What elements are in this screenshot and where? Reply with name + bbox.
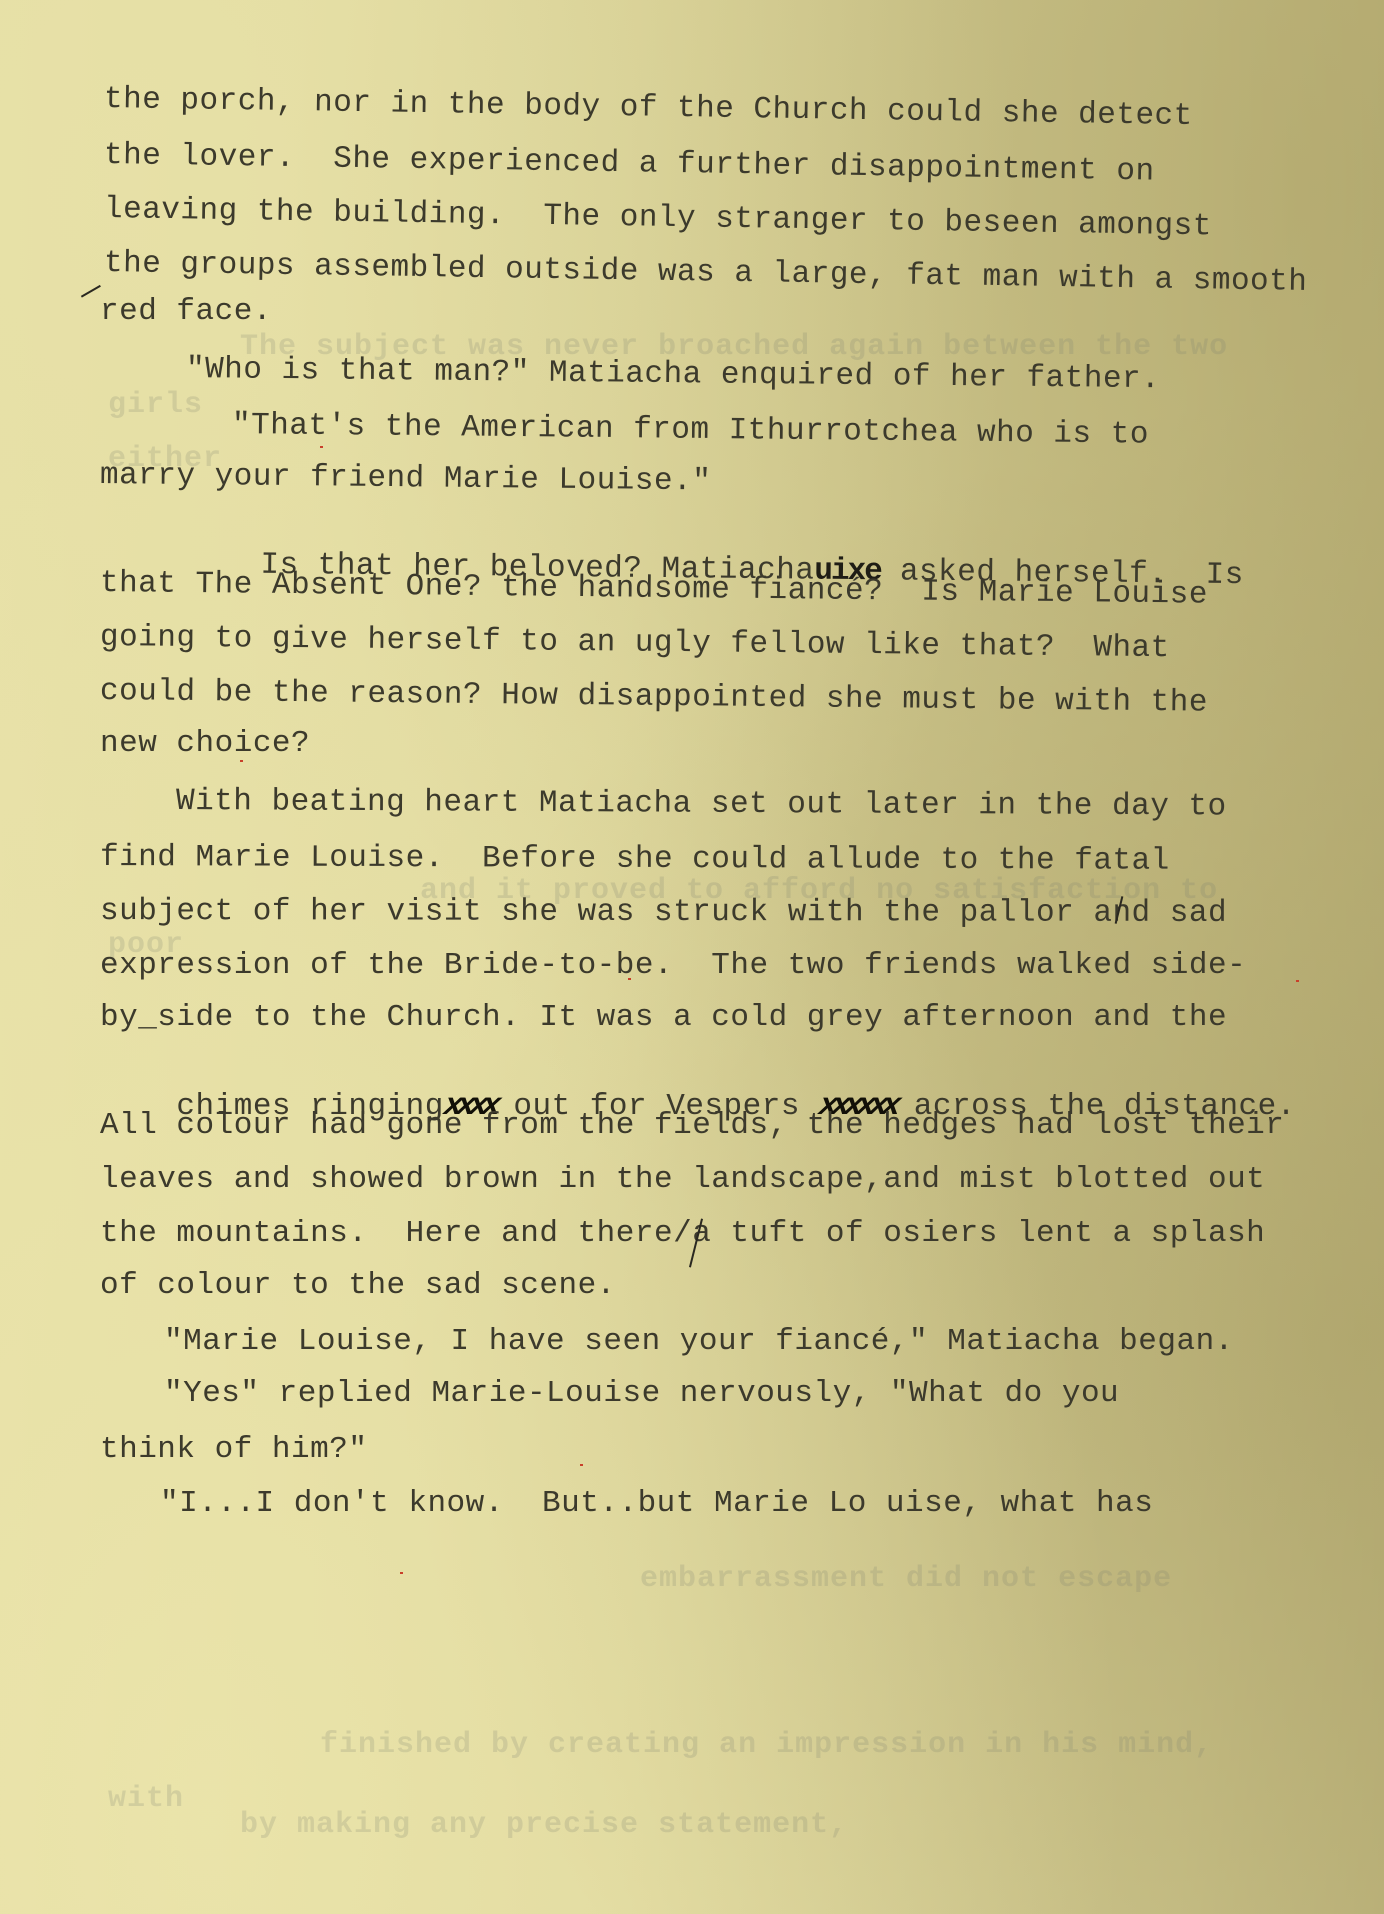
text-line: the mountains. Here and there/a tuft of … [100,1216,1265,1251]
text-line: new choice? [100,726,310,761]
text-line: could be the reason? How disappointed sh… [100,674,1208,721]
bleed-through-text: girls [108,388,203,422]
red-ink-mark [400,1572,403,1574]
text-line: leaves and showed brown in the landscape… [100,1162,1265,1197]
red-ink-mark [580,1464,583,1466]
text-line: expression of the Bride-to-be. The two f… [100,948,1246,983]
margin-pencil-mark [81,285,101,297]
text-line: think of him?" [100,1432,367,1467]
red-ink-mark [320,446,323,448]
red-ink-mark [628,978,631,980]
text-line: the porch, nor in the body of the Church… [104,82,1193,134]
red-ink-mark [240,760,243,762]
bleed-through-text: embarrassment did not escape [640,1562,1172,1596]
text-line: "I...I don't know. But..but Marie Lo uis… [160,1486,1153,1521]
text-line-with-xouts: chimes ringingxxxx out for Vespers xxxxx… [100,1054,1296,1159]
text-line: subject of her visit she was struck with… [100,894,1227,931]
text-line: find Marie Louise. Before she could allu… [100,840,1170,879]
text-line: going to give herself to an ugly fellow … [100,620,1170,666]
text-line: the lover. She experienced a further dis… [104,138,1155,189]
text-line: "Yes" replied Marie-Louise nervously, "W… [164,1376,1119,1411]
text-line: "Marie Louise, I have seen your fiancé,"… [164,1324,1234,1359]
bleed-through-text: finished by creating an impression in hi… [320,1728,1213,1762]
bleed-through-text: by making any precise statement, [240,1808,848,1842]
text-line: red face. [100,294,272,329]
text-line: of colour to the sad scene. [100,1268,616,1303]
text-line: the groups assembled outside was a large… [104,246,1308,300]
text-line: "That's the American from Ithurrotchea w… [232,408,1149,453]
text-line: With beating heart Matiacha set out late… [176,784,1227,825]
bleed-through-text: with [108,1782,184,1816]
text-line: marry your friend Marie Louise." [100,458,712,499]
red-ink-mark [1296,980,1299,982]
typewritten-page: The subject was never broached again bet… [0,0,1384,1914]
text-line: leaving the building. The only stranger … [104,192,1212,244]
text-line: by_side to the Church. It was a cold gre… [100,1000,1227,1035]
text-line: All colour had gone from the fields, the… [100,1108,1284,1143]
